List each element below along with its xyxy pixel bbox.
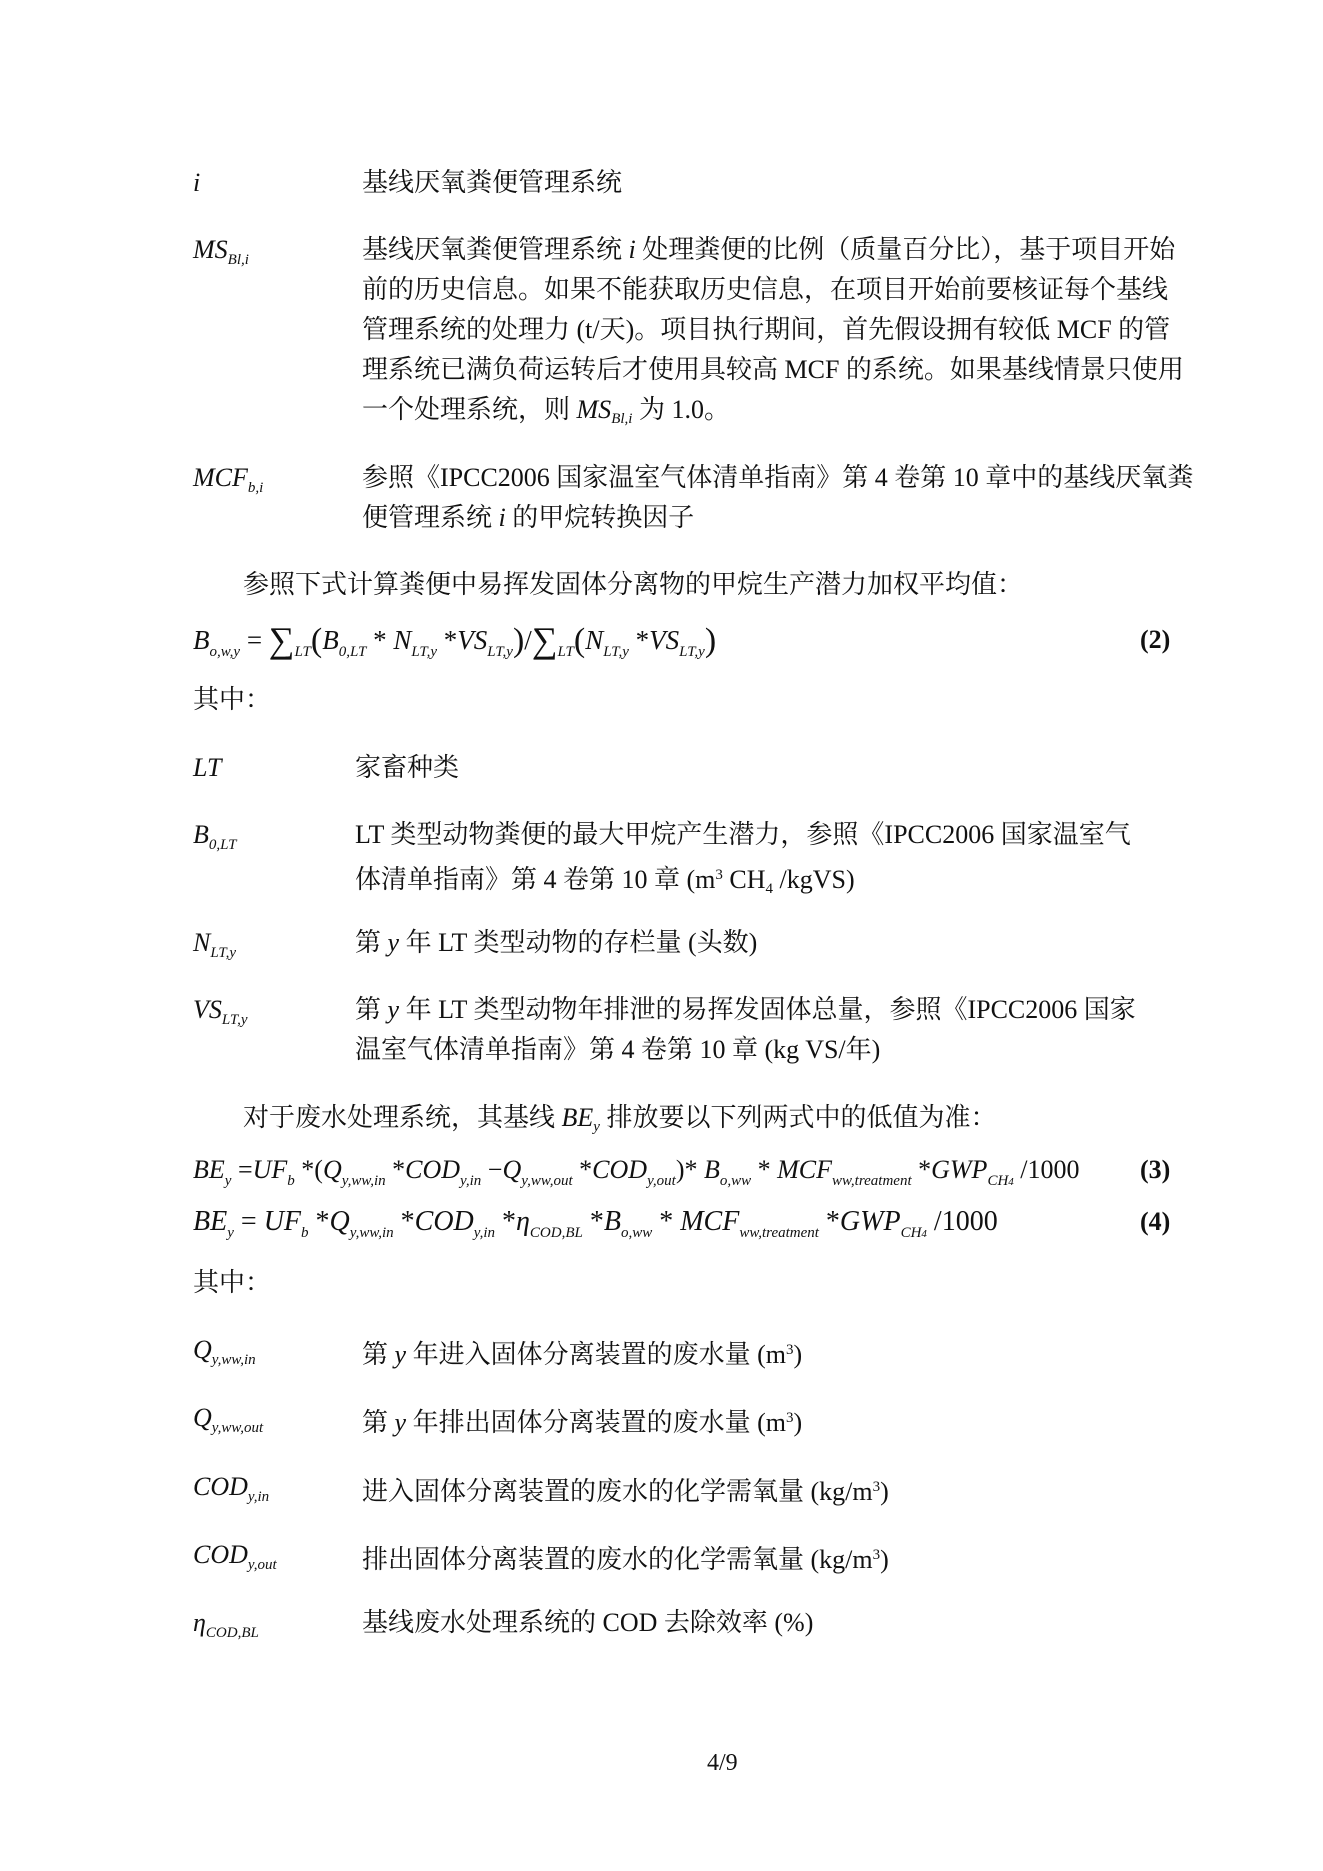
def-b0-lt: LT 类型动物粪便的最大甲烷产生潜力，参照《IPCC2006 国家温室气 体清单… xyxy=(355,815,1205,909)
def-n-lt-y: 第 y 年 LT 类型动物的存栏量 (头数) xyxy=(355,923,1205,963)
term-cod-out: CODy,out xyxy=(193,1535,277,1585)
def-ms-bl-i: 基线厌氧粪便管理系统 i 处理粪便的比例（质量百分比），基于项目开始 前的历史信… xyxy=(362,230,1212,439)
term-eta-cod-bl: ηCOD,BL xyxy=(193,1603,259,1653)
where-label-1: 其中： xyxy=(193,680,271,720)
term-lt: LT xyxy=(193,748,221,788)
def-cod-in: 进入固体分离装置的废水的化学需氧量 (kg/m3) xyxy=(362,1467,1212,1512)
wastewater-paragraph: 对于废水处理系统，其基线 BEy 排放要以下列两式中的低值为准： xyxy=(243,1098,996,1147)
def-vs-lt-y: 第 y 年 LT 类型动物年排泄的易挥发固体总量，参照《IPCC2006 国家 … xyxy=(355,990,1205,1070)
term-q-in: Qy,ww,in xyxy=(193,1330,256,1380)
equation-3: BEy =UFb *(Qy,ww,in *CODy,in −Qy,ww,out … xyxy=(193,1148,1080,1204)
equation-number-4: (4) xyxy=(1140,1200,1170,1244)
term-cod-in: CODy,in xyxy=(193,1467,269,1517)
def-lt: 家畜种类 xyxy=(355,748,1205,788)
where-label-2: 其中： xyxy=(193,1263,271,1303)
term-q-out: Qy,ww,out xyxy=(193,1398,263,1448)
def-mcf-b-i: 参照《IPCC2006 国家温室气体清单指南》第 4 卷第 10 章中的基线厌氧… xyxy=(362,458,1212,538)
intro-paragraph: 参照下式计算粪便中易挥发固体分离物的甲烷生产潜力加权平均值： xyxy=(243,565,1023,605)
term-mcf-b-i: MCFb,i xyxy=(193,458,263,508)
term-ms-bl-i: MSBl,i xyxy=(193,230,249,280)
term-vs-lt-y: VSLT,y xyxy=(193,990,248,1040)
term-i: i xyxy=(193,163,200,203)
def-i: 基线厌氧粪便管理系统 xyxy=(362,163,1212,203)
def-eta-cod-bl: 基线废水处理系统的 COD 去除效率 (%) xyxy=(362,1603,1212,1643)
def-cod-out: 排出固体分离装置的废水的化学需氧量 (kg/m3) xyxy=(362,1535,1212,1580)
equation-number-2: (2) xyxy=(1140,618,1170,662)
term-b0-lt: B0,LT xyxy=(193,815,237,865)
def-q-in: 第 y 年进入固体分离装置的废水量 (m3) xyxy=(362,1330,1212,1375)
def-q-out: 第 y 年排出固体分离装置的废水量 (m3) xyxy=(362,1398,1212,1443)
page-number: 4/9 xyxy=(707,1750,738,1777)
equation-2: Bo,w,y = ∑LT(B0,LT * NLT,y *VSLT,y)/∑LT(… xyxy=(193,618,716,674)
equation-4: BEy = UFb *Qy,ww,in *CODy,in *ηCOD,BL *B… xyxy=(193,1200,998,1256)
term-n-lt-y: NLT,y xyxy=(193,923,236,973)
equation-number-3: (3) xyxy=(1140,1148,1170,1192)
